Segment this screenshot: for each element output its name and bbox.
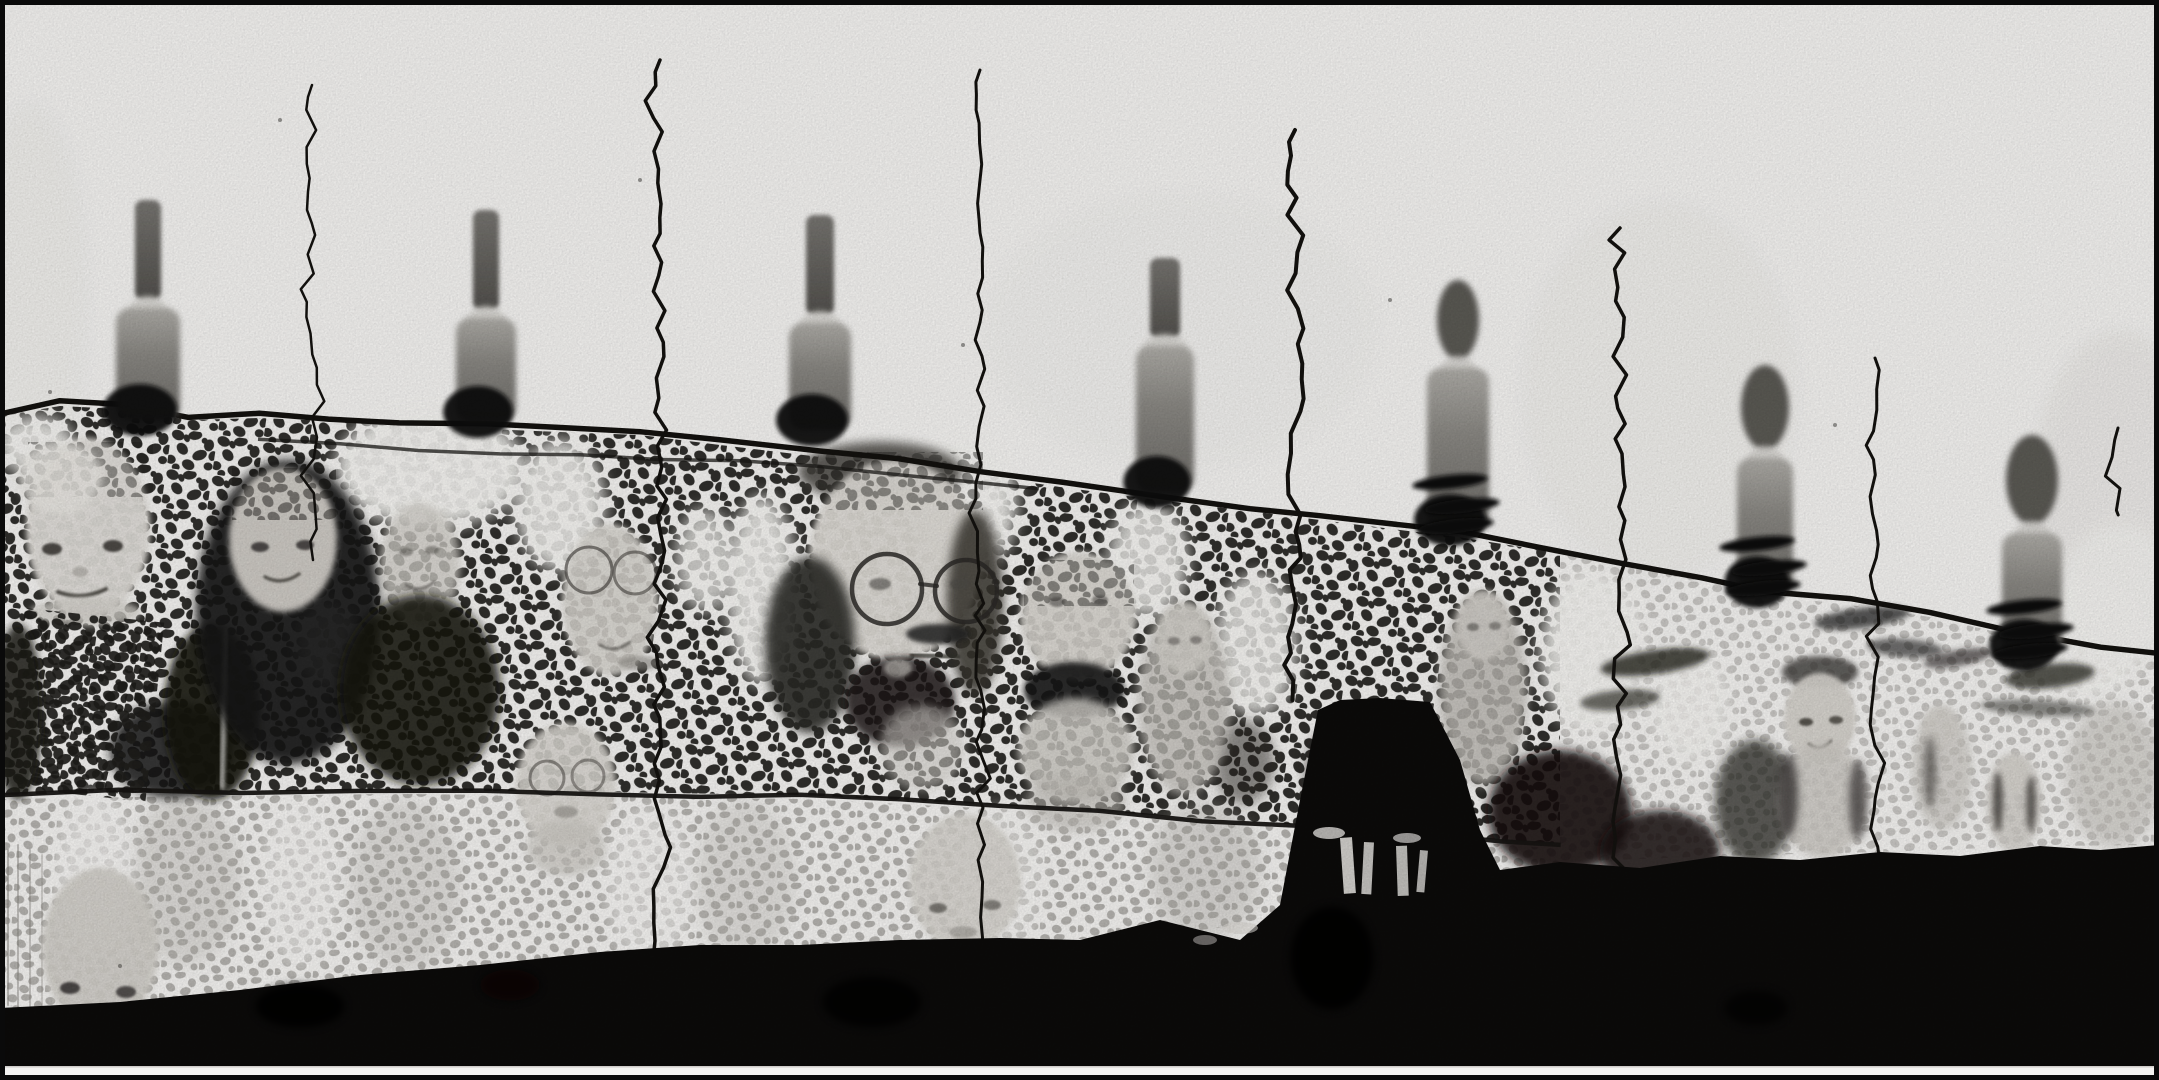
frame-top	[0, 0, 2159, 5]
artwork-photo	[0, 0, 2159, 1080]
grain	[0, 0, 2159, 1080]
photo-frame	[0, 0, 2159, 1080]
frame-left	[0, 0, 5, 1080]
frame-right	[2154, 0, 2159, 1080]
mat-edge-line	[5, 1066, 2154, 1068]
photo-content	[0, 0, 2159, 1080]
frame-bottom	[0, 1075, 2159, 1080]
film-grain	[0, 0, 2159, 1080]
